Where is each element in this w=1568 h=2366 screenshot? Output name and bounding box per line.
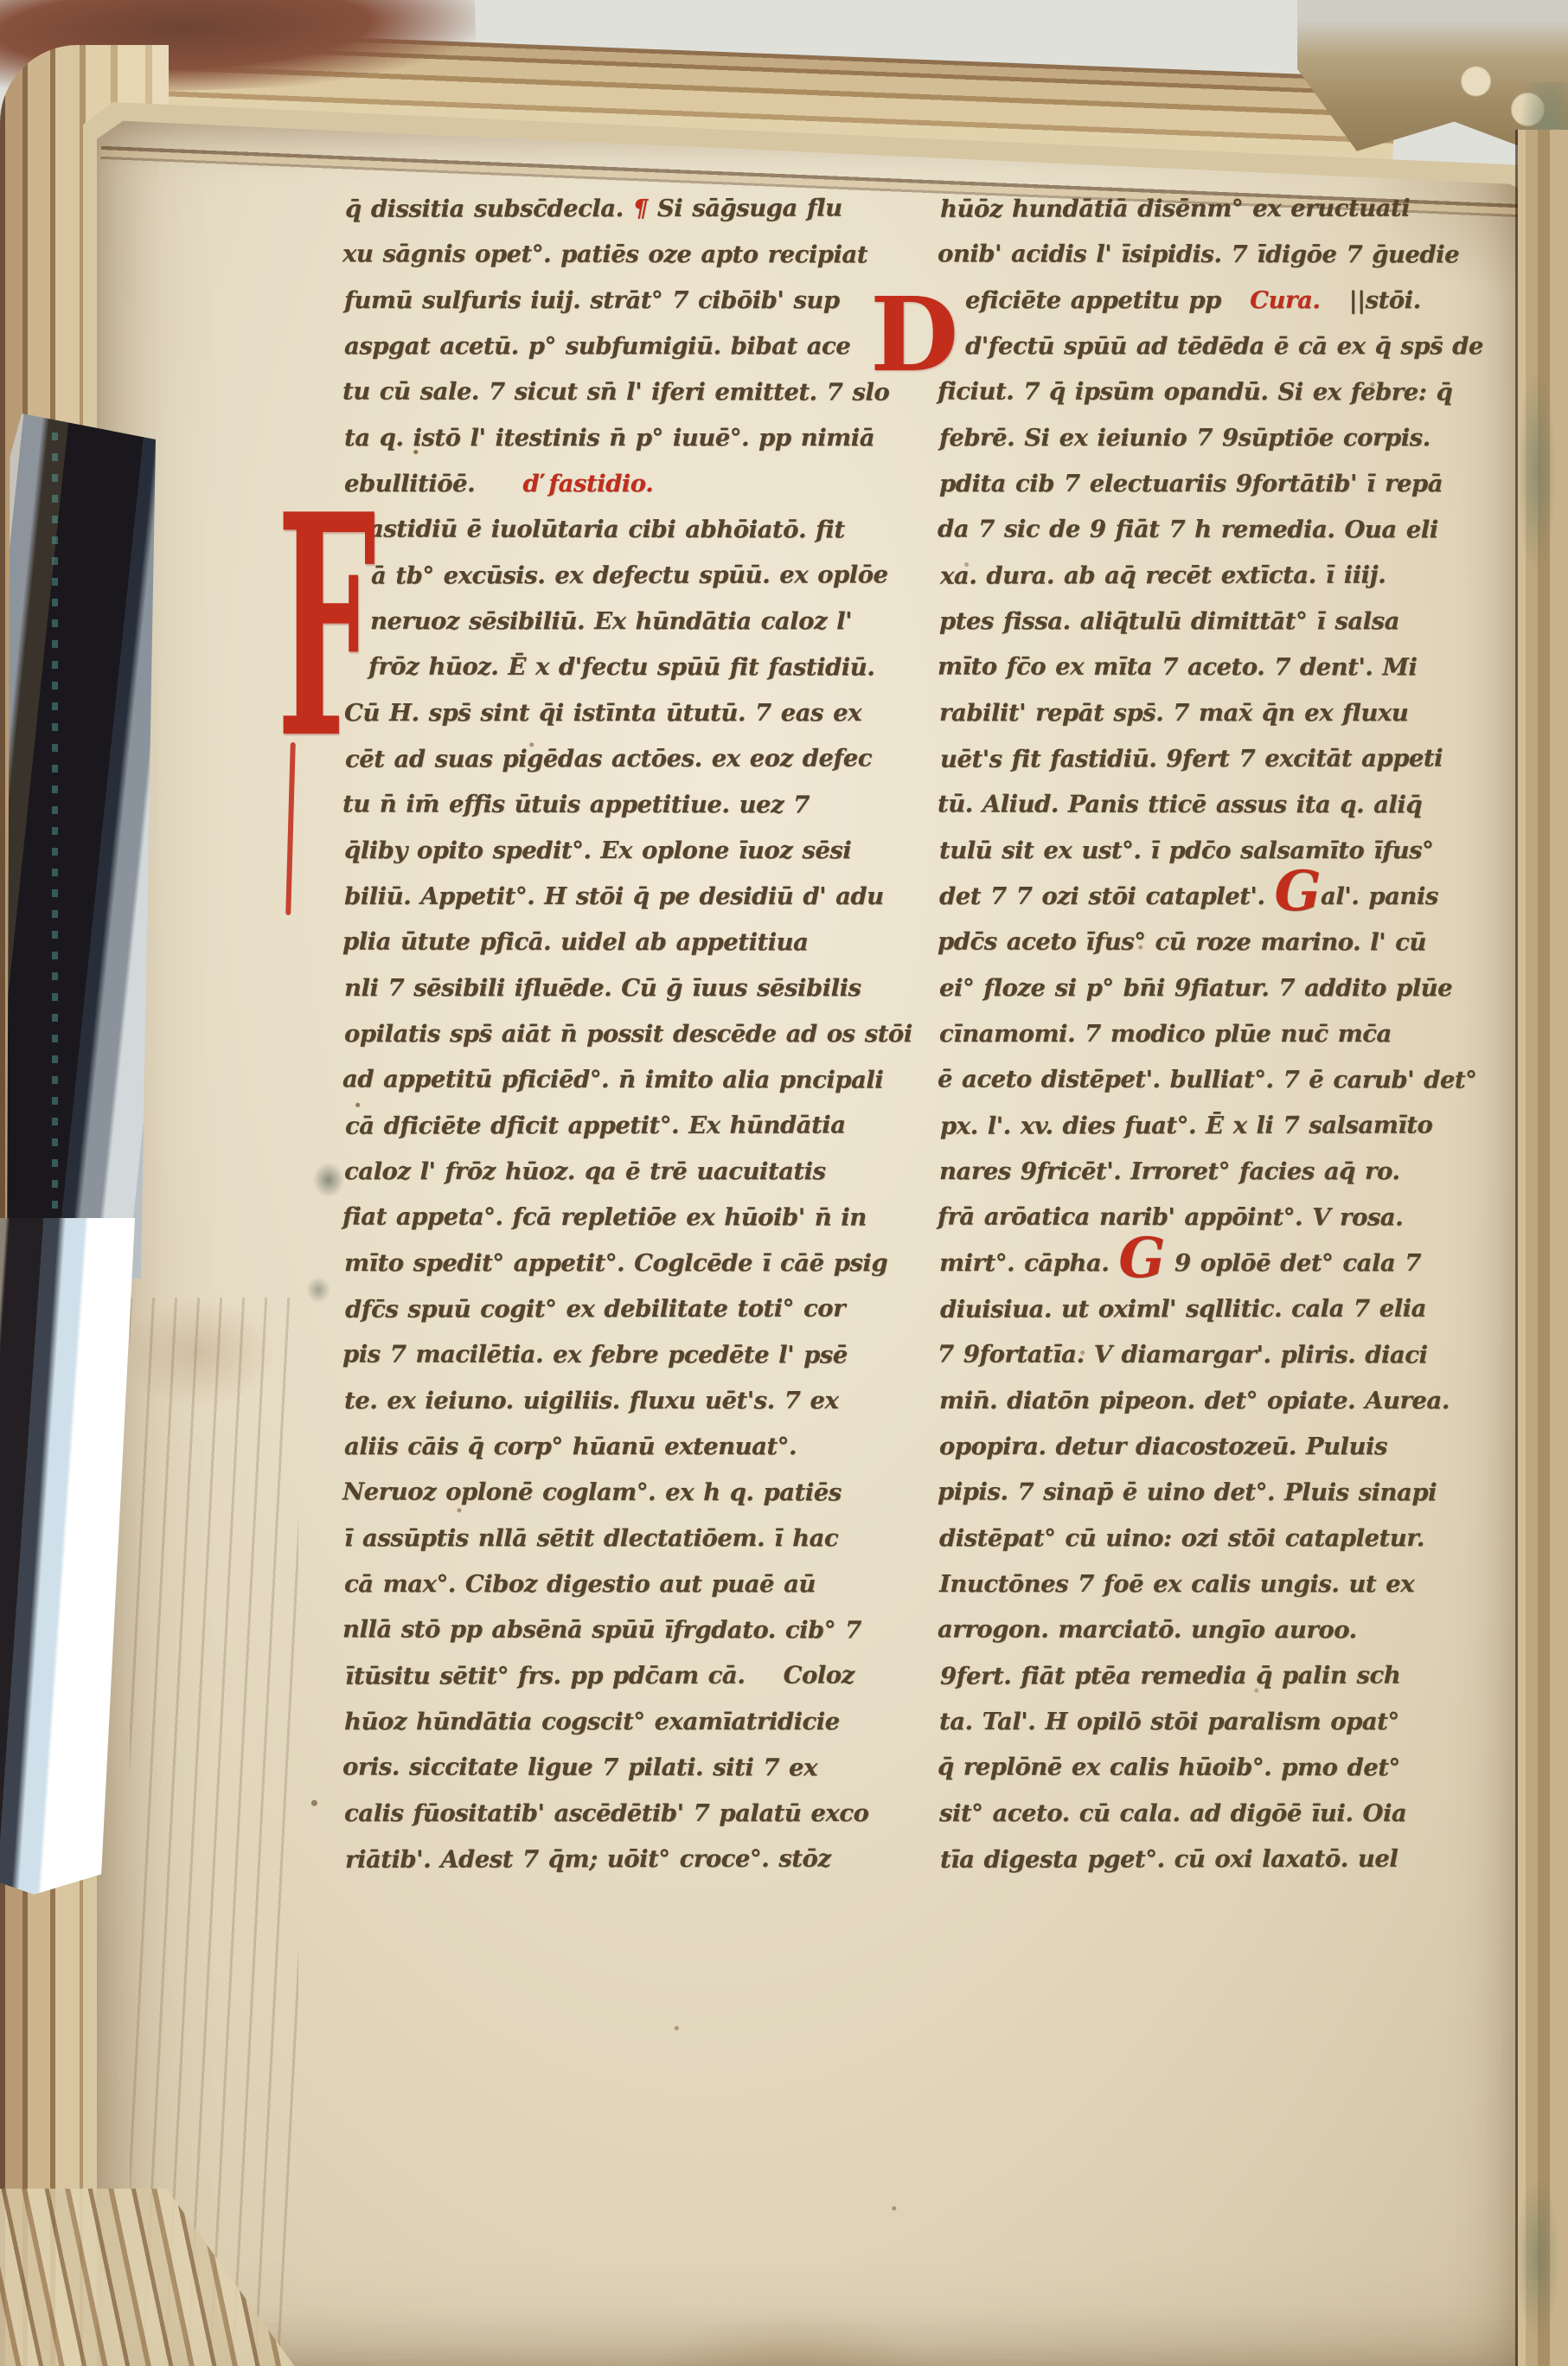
text-segment: tū. Aliud. Panis tticē assus ita q. aliq…: [938, 790, 1422, 818]
manuscript-text-line: q̄ replōnē ex calis hūoib°. pmo det°: [938, 1744, 1524, 1791]
manuscript-text-line: biliū. Appetit°. H stōi q̄ pe desidiū d'…: [344, 874, 925, 920]
text-segment: fumū sulfuris iuij. strāt° 7 cibōib' sup: [344, 286, 840, 314]
text-segment: ī assūptis nllā sētit dlectatiōem. ī hac: [344, 1524, 838, 1552]
manuscript-text-line: ā tb° excūsis. ex defectu spūū. ex oplōe: [345, 552, 926, 599]
manuscript-text-line: tu cū sale. 7 sicut sn̄ l' iferi emittet…: [342, 369, 924, 415]
manuscript-text-line: pdita cib 7 electuariis 9fortātib' ī rep…: [939, 461, 1526, 507]
manuscript-text-line: aliis cāis q̄ corp° hūanū extenuat°.: [344, 1424, 925, 1470]
text-segment: ptes fissa. aliq̄tulū dimittāt° ī salsa: [939, 607, 1399, 635]
text-segment: 9fert. fiāt ptēa remedia q̄ palin sch: [940, 1662, 1400, 1690]
text-segment: nli 7 sēsibili ifluēde. Cū ḡ īuus sēsib…: [344, 974, 861, 1002]
manuscript-text-line: ta. Tal'. H opilō stōi paralism opat°: [939, 1699, 1526, 1745]
text-segment: ta. Tal'. H opilō stōi paralism opat°: [939, 1708, 1399, 1735]
manuscript-text-line: neruoz sēsibiliū. Ex hūndātia caloz l': [344, 599, 925, 644]
text-segment: riātib'. Adest 7 q̄m; uōit° croce°. stōz: [345, 1845, 831, 1874]
text-segment: neruoz sēsibiliū. Ex hūndātia caloz l': [370, 607, 852, 635]
manuscript-text-line: Inuctōnes 7 foē ex calis ungis. ut ex: [939, 1561, 1526, 1607]
manuscript-text-line: da 7 sic de 9 fiāt 7 h remedia. Oua eli: [938, 506, 1524, 553]
text-segment: ē aceto distēpet'. bulliat°. 7 ē carub' …: [938, 1065, 1476, 1093]
manuscript-text-line: cā max°. Ciboz digestio aut puaē aū: [344, 1561, 925, 1607]
text-segment: d'fectū spūū ad tēdēda ē cā ex q̄ sps̄ d…: [965, 332, 1483, 360]
text-segment: tu cū sale. 7 sicut sn̄ l' iferi emittet…: [342, 377, 889, 406]
manuscript-text-line: xa. dura. ab aq̄ recēt extīcta. ī iiij.: [940, 552, 1526, 599]
text-segment: Cū H. sps̄ sint q̄i istīnta ūtutū. 7 eas…: [344, 699, 861, 727]
manuscript-text-line: ī assūptis nllā sētit dlectatiōem. ī hac: [344, 1516, 925, 1561]
manuscript-text-line: fiat appeta°. fcā repletiōe ex hūoib' n̄…: [342, 1194, 924, 1241]
text-segment: q̄ replōnē ex calis hūoib°. pmo det°: [938, 1753, 1400, 1781]
text-segment: tu n̄ im̄ effis ūtuis appetitiue. uez 7: [342, 790, 810, 818]
manuscript-text-line: distēpat° cū uino: ozi stōi catapletur.: [939, 1516, 1526, 1561]
text-segment: xa. dura. ab aq̄ recēt extīcta. ī iiij.: [940, 561, 1386, 590]
metal-clamp-patina: [52, 433, 58, 1237]
text-segment: da 7 sic de 9 fiāt 7 h remedia. Oua eli: [938, 515, 1438, 543]
manuscript-text-line: cā dficiēte dficit appetit°. Ex hūndātia: [345, 1102, 926, 1149]
manuscript-text-line: astidiū ē iuolūtaria cibi abhōiatō. fit: [342, 506, 924, 553]
text-segment: Inuctōnes 7 foē ex calis ungis. ut ex: [939, 1570, 1414, 1598]
text-segment: pdita cib 7 electuariis 9fortātib' ī rep…: [939, 470, 1443, 497]
illuminated-initial-d: D: [870, 284, 948, 386]
manuscript-text-line: min̄. diatōn pipeon. det° opiate. Aurea.: [939, 1378, 1526, 1424]
margin-ink-smudge: [306, 1277, 330, 1303]
manuscript-text-line: ītūsitu sētit° frs. pp pdc̄am cā. Coloz: [345, 1652, 926, 1699]
text-segment: px. l'. xv. dies fuat°. Ē x li 7 salsamī…: [940, 1112, 1432, 1140]
manuscript-text-line: ad appetitū pficiēd°. n̄ imito alia pnci…: [342, 1056, 924, 1103]
manuscript-text-line: calis fūositatib' ascēdētib' 7 palatū ex…: [344, 1791, 925, 1837]
text-segment: distēpat° cū uino: ozi stōi catapletur.: [939, 1524, 1424, 1552]
text-segment: pdc̄s aceto īfus° cū roze marino. l' cū: [938, 927, 1426, 956]
manuscript-text-line: tulū sit ex ust°. ī pdc̄o salsamīto īfus…: [939, 828, 1526, 874]
text-segment: ta q. istō l' itestinis n̄ p° iuuē°. pp …: [344, 424, 874, 452]
manuscript-text-line: rabilit' repāt sps̄. 7 max̄ q̄n ex fluxu: [939, 690, 1526, 736]
manuscript-text-line: Cū H. sps̄ sint q̄i istīnta ūtutū. 7 eas…: [344, 690, 925, 736]
text-segment: biliū. Appetit°. H stōi q̄ pe desidiū d'…: [344, 882, 884, 910]
manuscript-text-line: frā arōatica narib' appōint°. V rosa.: [938, 1194, 1524, 1241]
manuscript-text-line: cīnamomi. 7 modico plūe nuc̄ mc̄a: [939, 1011, 1526, 1057]
manuscript-text-line: hūoz hūndātia cogscit° examīatridicie: [344, 1699, 925, 1745]
manuscript-photo: q̄ dissitia subsc̄decla. ¶ Si sāḡsuga f…: [0, 0, 1568, 2366]
manuscript-text-line: hūōz hundātiā disēnm° ex eructuati: [940, 185, 1526, 232]
manuscript-text-line: ei° floze si p° bn̄i 9fiatur. 7 addito p…: [939, 965, 1526, 1011]
text-segment: fiat appeta°. fcā repletiōe ex hūoib' n̄…: [342, 1202, 867, 1231]
text-segment: pis 7 macilētia. ex febre pcedēte l' psē: [342, 1340, 848, 1369]
text-segment: Si sāḡsuga flu: [648, 195, 842, 222]
manuscript-text-line: 7 9fortatīa. V diamargar'. pliris. diaci: [938, 1331, 1524, 1378]
text-segment: ad appetitū pficiēd°. n̄ imito alia pnci…: [342, 1065, 883, 1093]
text-segment: calis fūositatib' ascēdētib' 7 palatū ex…: [344, 1799, 868, 1827]
text-segment: ītūsitu sētit° frs. pp pdc̄am cā. Coloz: [345, 1661, 854, 1690]
manuscript-text-line: mirt°. cāpha. G 9 oplōē det° cala 7: [939, 1241, 1526, 1286]
manuscript-text-line: ficiut. 7 q̄ ipsūm opandū. Si ex febre: …: [938, 369, 1524, 415]
text-segment: al'. panis: [1321, 882, 1438, 910]
text-segment: mirt°. cāpha.: [939, 1249, 1118, 1277]
manuscript-text-line: arrogon. marciatō. ungīo auroo.: [938, 1606, 1524, 1653]
manuscript-text-line: riātib'. Adest 7 q̄m; uōit° croce°. stōz: [345, 1836, 926, 1882]
manuscript-text-line: tū. Aliud. Panis tticē assus ita q. aliq…: [938, 781, 1524, 828]
text-segment: te. ex ieiuno. uigiliis. fluxu uēt's. 7 …: [344, 1387, 838, 1414]
manuscript-text-line: opilatis sps̄ aiāt n̄ possit descēde ad …: [344, 1011, 925, 1057]
text-segment: pipis. 7 sinap̄ ē uino det°. Pluis sinap…: [938, 1478, 1437, 1506]
manuscript-text-line: caloz l' frōz hūoz. qa ē trē uacuitatis: [344, 1149, 925, 1195]
manuscript-text-line: tīa digesta pget°. cū oxi laxatō. uel: [940, 1836, 1526, 1882]
text-segment: uēt's fit fastidiū. 9fert 7 excitāt appe…: [940, 744, 1443, 773]
manuscript-text-line: nllā stō pp absēnā spūū īfrgdato. cib° 7: [342, 1606, 924, 1653]
text-segment: opopira. detur diacostozeū. Puluis: [939, 1433, 1387, 1460]
rubric-segment: ď fastidio.: [523, 470, 654, 497]
manuscript-text-line: fumū sulfuris iuij. strāt° 7 cibōib' sup: [344, 278, 925, 324]
manuscript-text-line: sit° aceto. cū cala. ad digōē īui. Oia: [939, 1791, 1526, 1837]
manuscript-text-line: eficiēte appetitu pp Cura. ||stōi.: [939, 278, 1526, 324]
text-segment: nares 9fricēt'. Irroret° facies aq̄ ro.: [939, 1157, 1399, 1185]
metal-clamp-upper[interactable]: [7, 414, 156, 1279]
manuscript-text-line: onib' acidis l' īsipidis. 7 īdigōe 7 ḡu…: [938, 231, 1524, 278]
manuscript-text-line: diuisiua. ut oximl' sqllitic. cala 7 eli…: [940, 1286, 1526, 1332]
text-segment: cā dficiēte dficit appetit°. Ex hūndātia: [345, 1111, 846, 1139]
manuscript-text-line: nli 7 sēsibili ifluēde. Cū ḡ īuus sēsib…: [344, 965, 925, 1011]
manuscript-text-line: pdc̄s aceto īfus° cū roze marino. l' cū: [938, 919, 1524, 965]
manuscript-text-line: pipis. 7 sinap̄ ē uino det°. Pluis sinap…: [938, 1469, 1524, 1516]
text-segment: aliis cāis q̄ corp° hūanū extenuat°.: [344, 1433, 797, 1460]
text-segment: ||stōi.: [1320, 286, 1420, 314]
margin-ink-smudge: [313, 1163, 344, 1197]
manuscript-text-line: ta q. istō l' itestinis n̄ p° iuuē°. pp …: [344, 415, 925, 461]
text-segment: xu sāgnis opet°. patiēs oze apto recipia…: [342, 240, 867, 268]
text-segment: det 7 7 ozi stōi cataplet'.: [939, 882, 1274, 910]
manuscript-text-line: oris. siccitate ligue 7 pilati. siti 7 e…: [342, 1744, 924, 1791]
rubric-segment: G: [1274, 859, 1321, 923]
text-segment: tīa digesta pget°. cū oxi laxatō. uel: [940, 1845, 1398, 1874]
text-segment: q̄liby opito spedit°. Ex oplone īuoz sēs…: [344, 837, 851, 864]
manuscript-text-line: pis 7 macilētia. ex febre pcedēte l' psē: [342, 1331, 924, 1378]
manuscript-text-line: px. l'. xv. dies fuat°. Ē x li 7 salsamī…: [940, 1102, 1526, 1149]
text-segment: febrē. Si ex ieiunio 7 9sūptiōe corpis.: [939, 424, 1430, 452]
text-segment: Neruoz oplonē coglam°. ex h q. patiēs: [342, 1478, 842, 1506]
text-column-right: hūōz hundātiā disēnm° ex eructuationib' …: [939, 186, 1526, 1882]
manuscript-text-line: q̄liby opito spedit°. Ex oplone īuoz sēs…: [344, 828, 925, 874]
text-segment: caloz l' frōz hūoz. qa ē trē uacuitatis: [344, 1157, 826, 1185]
manuscript-text-line: q̄ dissitia subsc̄decla. ¶ Si sāḡsuga f…: [345, 185, 926, 232]
text-segment: aspgat acetū. p° subfumigiū. bibat ace: [344, 332, 850, 360]
text-segment: astidiū ē iuolūtaria cibi abhōiatō. fit: [368, 515, 845, 543]
text-segment: dfc̄s spuū cogit° ex debilitate toti° co…: [345, 1294, 845, 1323]
text-segment: cēt ad suas pigēdas actōes. ex eoz defec: [345, 744, 872, 773]
manuscript-text-line: febrē. Si ex ieiunio 7 9sūptiōe corpis.: [939, 415, 1526, 461]
text-segment: onib' acidis l' īsipidis. 7 īdigōe 7 ḡu…: [938, 240, 1459, 268]
text-segment: sit° aceto. cū cala. ad digōē īui. Oia: [939, 1799, 1406, 1827]
fore-edge-smudge: [1517, 2180, 1558, 2336]
text-segment: arrogon. marciatō. ungīo auroo.: [938, 1615, 1357, 1644]
manuscript-text-line: 9fert. fiāt ptēa remedia q̄ palin sch: [940, 1652, 1526, 1699]
text-segment: tulū sit ex ust°. ī pdc̄o salsamīto īfus…: [939, 837, 1433, 864]
rubric-segment: Cura.: [1250, 286, 1320, 314]
manuscript-text-line: det 7 7 ozi stōi cataplet'. Gal'. panis: [939, 874, 1526, 920]
text-segment: 9 oplōē det° cala 7: [1165, 1249, 1421, 1277]
manuscript-text-line: ebullitiōē. ď fastidio.: [344, 461, 925, 507]
manuscript-text-line: aspgat acetū. p° subfumigiū. bibat ace: [344, 324, 925, 369]
manuscript-text-line: frōz hūoz. Ē x d'fectu spūū fit fastidiū…: [342, 644, 924, 690]
manuscript-text-line: dfc̄s spuū cogit° ex debilitate toti° co…: [345, 1286, 926, 1332]
manuscript-text-line: tu n̄ im̄ effis ūtuis appetitiue. uez 7: [342, 781, 924, 828]
text-segment: frōz hūoz. Ē x d'fectu spūū fit fastidiū…: [368, 652, 874, 681]
manuscript-text-line: mīto fc̄o ex mīta 7 aceto. 7 dent'. Mi: [938, 644, 1524, 690]
text-segment: ā tb° excūsis. ex defectu spūū. ex oplōe: [371, 561, 888, 589]
text-segment: frā arōatica narib' appōint°. V rosa.: [938, 1202, 1403, 1231]
text-segment: ficiut. 7 q̄ ipsūm opandū. Si ex febre: …: [938, 377, 1452, 406]
manuscript-text-line: uēt's fit fastidiū. 9fert 7 excitāt appe…: [940, 735, 1526, 782]
text-segment: rabilit' repāt sps̄. 7 max̄ q̄n ex fluxu: [939, 699, 1408, 727]
text-segment: hūoz hūndātia cogscit° examīatridicie: [344, 1708, 840, 1735]
text-segment: min̄. diatōn pipeon. det° opiate. Aurea.: [939, 1387, 1450, 1414]
manuscript-text-line: Neruoz oplonē coglam°. ex h q. patiēs: [342, 1469, 924, 1516]
text-segment: nllā stō pp absēnā spūū īfrgdato. cib° 7: [342, 1615, 861, 1644]
text-segment: cīnamomi. 7 modico plūe nuc̄ mc̄a: [939, 1020, 1392, 1048]
text-segment: 7 9fortatīa. V diamargar'. pliris. diaci: [938, 1340, 1427, 1369]
manuscript-text-line: ptes fissa. aliq̄tulū dimittāt° ī salsa: [939, 599, 1526, 644]
illuminated-initial-f: F: [277, 509, 376, 747]
text-segment: oris. siccitate ligue 7 pilati. siti 7 e…: [342, 1753, 817, 1781]
manuscript-text-line: nares 9fricēt'. Irroret° facies aq̄ ro.: [939, 1149, 1526, 1195]
rubric-segment: G: [1118, 1226, 1165, 1290]
manuscript-text-line: opopira. detur diacostozeū. Puluis: [939, 1424, 1526, 1470]
text-segment: mīto fc̄o ex mīta 7 aceto. 7 dent'. Mi: [938, 652, 1417, 681]
text-segment: eficiēte appetitu pp: [965, 286, 1250, 314]
manuscript-text-line: mīto spedit° appetit°. Coglcēde ī cāē ps…: [344, 1241, 925, 1286]
manuscript-text-line: xu sāgnis opet°. patiēs oze apto recipia…: [342, 231, 924, 278]
text-segment: hūōz hundātiā disēnm° ex eructuati: [940, 195, 1410, 223]
text-segment: opilatis sps̄ aiāt n̄ possit descēde ad …: [344, 1020, 912, 1048]
text-segment: cā max°. Ciboz digestio aut puaē aū: [344, 1570, 816, 1598]
text-segment: ei° floze si p° bn̄i 9fiatur. 7 addito p…: [939, 974, 1452, 1002]
manuscript-text-line: d'fectū spūū ad tēdēda ē cā ex q̄ sps̄ d…: [939, 324, 1526, 369]
text-segment: plia ūtute pficā. uidel ab appetitiua: [342, 927, 808, 956]
text-segment: diuisiua. ut oximl' sqllitic. cala 7 eli…: [940, 1295, 1426, 1324]
manuscript-text-line: te. ex ieiuno. uigiliis. fluxu uēt's. 7 …: [344, 1378, 925, 1424]
manuscript-text-line: plia ūtute pficā. uidel ab appetitiua: [342, 919, 924, 965]
manuscript-text-line: ē aceto distēpet'. bulliat°. 7 ē carub' …: [938, 1056, 1524, 1103]
text-segment: q̄ dissitia subsc̄decla.: [345, 195, 633, 223]
text-column-left: q̄ dissitia subsc̄decla. ¶ Si sāḡsuga f…: [344, 186, 925, 1882]
rubric-segment: ¶: [633, 195, 648, 222]
manuscript-text-line: cēt ad suas pigēdas actōes. ex eoz defec: [345, 735, 926, 782]
text-segment: mīto spedit° appetit°. Coglcēde ī cāē ps…: [344, 1249, 887, 1277]
